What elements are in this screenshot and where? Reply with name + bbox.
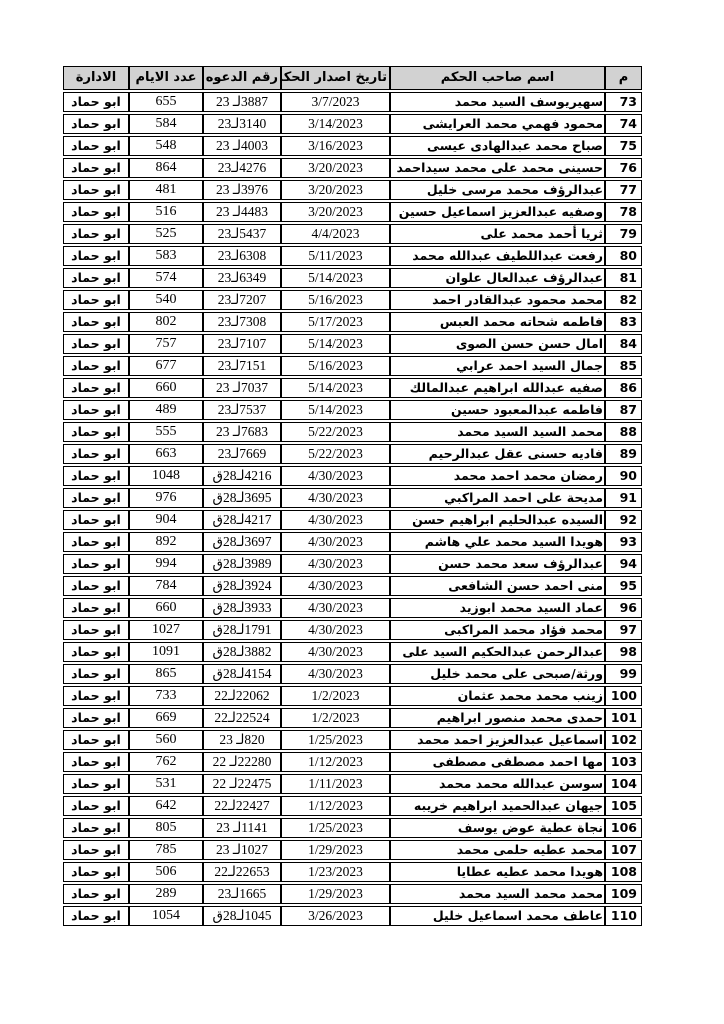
name-cell: عماد السيد محمد ابوزيد <box>390 598 605 618</box>
days-cell: 1027 <box>129 620 203 640</box>
date-cell: 1/2/2023 <box>281 686 390 706</box>
days-cell: 994 <box>129 554 203 574</box>
table-row: 100زينب محمد محمد عثمان1/2/202322062لـ22… <box>63 686 642 706</box>
date-cell: 1/29/2023 <box>281 884 390 904</box>
table-row: 74محمود فهمي محمد العرايشى3/14/20233140ل… <box>63 114 642 134</box>
admin-cell: ابو حماد <box>63 158 129 178</box>
index-cell: 75 <box>605 136 642 156</box>
days-cell: 802 <box>129 312 203 332</box>
days-cell: 642 <box>129 796 203 816</box>
date-cell: 4/30/2023 <box>281 642 390 662</box>
case-no-cell: 3695لـ28ق <box>203 488 281 508</box>
name-cell: مها احمد مصطفى مصطفى <box>390 752 605 772</box>
admin-cell: ابو حماد <box>63 92 129 112</box>
admin-cell: ابو حماد <box>63 202 129 222</box>
days-cell: 516 <box>129 202 203 222</box>
index-cell: 78 <box>605 202 642 222</box>
index-cell: 87 <box>605 400 642 420</box>
name-cell: نجاة عطية عوض يوسف <box>390 818 605 838</box>
days-cell: 540 <box>129 290 203 310</box>
name-cell: السيده عبدالحليم ابراهيم حسن <box>390 510 605 530</box>
index-cell: 77 <box>605 180 642 200</box>
days-cell: 677 <box>129 356 203 376</box>
date-cell: 1/12/2023 <box>281 752 390 772</box>
admin-cell: ابو حماد <box>63 180 129 200</box>
index-cell: 101 <box>605 708 642 728</box>
case-no-cell: 4003لـ 23 <box>203 136 281 156</box>
admin-cell: ابو حماد <box>63 708 129 728</box>
case-no-cell: 7037لـ 23 <box>203 378 281 398</box>
days-cell: 663 <box>129 444 203 464</box>
date-cell: 3/7/2023 <box>281 92 390 112</box>
table-row: 79ثريا أحمد محمد على4/4/20235437لـ23525ا… <box>63 224 642 244</box>
table-row: 94عبدالرؤف سعد محمد حسن4/30/20233989لـ28… <box>63 554 642 574</box>
index-cell: 93 <box>605 532 642 552</box>
admin-cell: ابو حماد <box>63 686 129 706</box>
index-cell: 108 <box>605 862 642 882</box>
case-no-cell: 1045لـ28ق <box>203 906 281 926</box>
table-row: 75صباح محمد عبدالهادى عيسى3/16/20234003ل… <box>63 136 642 156</box>
case-no-cell: 22280لـ 22 <box>203 752 281 772</box>
days-cell: 489 <box>129 400 203 420</box>
name-cell: هويدا السيد محمد علي هاشم <box>390 532 605 552</box>
table-row: 81عبدالرؤف عبدالعال علوان5/14/20236349لـ… <box>63 268 642 288</box>
date-cell: 4/30/2023 <box>281 576 390 596</box>
name-cell: رمضان محمد احمد محمد <box>390 466 605 486</box>
name-cell: محمد محمود عبدالقادر احمد <box>390 290 605 310</box>
table-row: 84امال حسن حسن الصوى5/14/20237107لـ23757… <box>63 334 642 354</box>
date-cell: 4/30/2023 <box>281 466 390 486</box>
admin-cell: ابو حماد <box>63 884 129 904</box>
name-cell: صباح محمد عبدالهادى عيسى <box>390 136 605 156</box>
days-cell: 660 <box>129 378 203 398</box>
index-cell: 100 <box>605 686 642 706</box>
date-cell: 4/4/2023 <box>281 224 390 244</box>
date-cell: 1/11/2023 <box>281 774 390 794</box>
days-cell: 660 <box>129 598 203 618</box>
name-cell: مديحة على احمد المراكبي <box>390 488 605 508</box>
table-row: 96عماد السيد محمد ابوزيد4/30/20233933لـ2… <box>63 598 642 618</box>
table-row: 76حسينى محمد على محمد سيداحمد3/20/202342… <box>63 158 642 178</box>
case-no-cell: 3976لـ 23 <box>203 180 281 200</box>
case-no-cell: 4216لـ28ق <box>203 466 281 486</box>
date-cell: 3/14/2023 <box>281 114 390 134</box>
date-cell: 1/29/2023 <box>281 840 390 860</box>
name-cell: فاطمه شحاته محمد العبس <box>390 312 605 332</box>
admin-cell: ابو حماد <box>63 554 129 574</box>
index-cell: 84 <box>605 334 642 354</box>
case-no-cell: 7683لـ 23 <box>203 422 281 442</box>
admin-cell: ابو حماد <box>63 752 129 772</box>
index-cell: 79 <box>605 224 642 244</box>
index-cell: 89 <box>605 444 642 464</box>
days-cell: 669 <box>129 708 203 728</box>
table-row: 95منى احمد حسن الشافعى4/30/20233924لـ28ق… <box>63 576 642 596</box>
name-cell: جمال السيد احمد عرابي <box>390 356 605 376</box>
name-cell: زينب محمد محمد عثمان <box>390 686 605 706</box>
case-no-cell: 1141لـ 23 <box>203 818 281 838</box>
days-cell: 506 <box>129 862 203 882</box>
name-cell: محمود فهمي محمد العرايشى <box>390 114 605 134</box>
index-cell: 92 <box>605 510 642 530</box>
case-no-cell: 3933لـ28ق <box>203 598 281 618</box>
days-cell: 892 <box>129 532 203 552</box>
table-row: 101حمدى محمد منصور ابراهيم1/2/202322524ل… <box>63 708 642 728</box>
days-cell: 531 <box>129 774 203 794</box>
date-cell: 1/25/2023 <box>281 818 390 838</box>
date-cell: 4/30/2023 <box>281 510 390 530</box>
name-cell: رفعت عبداللطيف عبدالله محمد <box>390 246 605 266</box>
table-row: 106نجاة عطية عوض يوسف1/25/20231141لـ 238… <box>63 818 642 838</box>
days-cell: 784 <box>129 576 203 596</box>
date-cell: 4/30/2023 <box>281 620 390 640</box>
days-cell: 525 <box>129 224 203 244</box>
index-cell: 85 <box>605 356 642 376</box>
index-cell: 83 <box>605 312 642 332</box>
case-no-cell: 22653لـ22 <box>203 862 281 882</box>
case-no-cell: 7537لـ23 <box>203 400 281 420</box>
admin-cell: ابو حماد <box>63 290 129 310</box>
name-cell: محمد السيد السيد محمد <box>390 422 605 442</box>
days-cell: 584 <box>129 114 203 134</box>
index-cell: 104 <box>605 774 642 794</box>
name-cell: وصفيه عبدالعزيز اسماعيل حسين <box>390 202 605 222</box>
table-row: 93هويدا السيد محمد علي هاشم4/30/20233697… <box>63 532 642 552</box>
case-no-cell: 4154لـ28ق <box>203 664 281 684</box>
name-cell: محمد محمد السيد محمد <box>390 884 605 904</box>
date-cell: 4/30/2023 <box>281 554 390 574</box>
index-cell: 81 <box>605 268 642 288</box>
date-cell: 5/14/2023 <box>281 378 390 398</box>
index-cell: 102 <box>605 730 642 750</box>
date-cell: 5/22/2023 <box>281 444 390 464</box>
case-no-cell: 4276لـ23 <box>203 158 281 178</box>
admin-cell: ابو حماد <box>63 422 129 442</box>
days-cell: 785 <box>129 840 203 860</box>
admin-cell: ابو حماد <box>63 774 129 794</box>
admin-cell: ابو حماد <box>63 664 129 684</box>
table-row: 87فاطمه عبدالمعبود حسين5/14/20237537لـ23… <box>63 400 642 420</box>
table-row: 88محمد السيد السيد محمد5/22/20237683لـ 2… <box>63 422 642 442</box>
case-no-cell: 3924لـ28ق <box>203 576 281 596</box>
index-cell: 82 <box>605 290 642 310</box>
table-row: 98عبدالرحمن عبدالحكيم السيد على4/30/2023… <box>63 642 642 662</box>
case-no-cell: 4217لـ28ق <box>203 510 281 530</box>
name-cell: اسماعيل عبدالعزيز احمد محمد <box>390 730 605 750</box>
case-no-cell: 7669لـ23 <box>203 444 281 464</box>
table-row: 73سهيريوسف السيد محمد3/7/20233887لـ 2365… <box>63 92 642 112</box>
header-name: اسم صاحب الحكم <box>390 66 605 90</box>
index-cell: 107 <box>605 840 642 860</box>
date-cell: 5/14/2023 <box>281 334 390 354</box>
document-page: م اسم صاحب الحكم تاريخ اصدار الحكم رقم ا… <box>63 64 642 928</box>
index-cell: 98 <box>605 642 642 662</box>
index-cell: 109 <box>605 884 642 904</box>
date-cell: 1/25/2023 <box>281 730 390 750</box>
case-no-cell: 7107لـ23 <box>203 334 281 354</box>
table-row: 80رفعت عبداللطيف عبدالله محمد5/11/202363… <box>63 246 642 266</box>
days-cell: 481 <box>129 180 203 200</box>
days-cell: 655 <box>129 92 203 112</box>
admin-cell: ابو حماد <box>63 268 129 288</box>
table-row: 107محمد عطيه حلمى محمد1/29/20231027لـ 23… <box>63 840 642 860</box>
name-cell: سهيريوسف السيد محمد <box>390 92 605 112</box>
admin-cell: ابو حماد <box>63 642 129 662</box>
case-no-cell: 7151لـ23 <box>203 356 281 376</box>
table-body: 73سهيريوسف السيد محمد3/7/20233887لـ 2365… <box>63 92 642 926</box>
index-cell: 96 <box>605 598 642 618</box>
date-cell: 5/17/2023 <box>281 312 390 332</box>
table-row: 77عبدالرؤف محمد مرسى خليل3/20/20233976لـ… <box>63 180 642 200</box>
days-cell: 757 <box>129 334 203 354</box>
case-no-cell: 22062لـ22 <box>203 686 281 706</box>
days-cell: 548 <box>129 136 203 156</box>
admin-cell: ابو حماد <box>63 620 129 640</box>
name-cell: ثريا أحمد محمد على <box>390 224 605 244</box>
admin-cell: ابو حماد <box>63 862 129 882</box>
case-no-cell: 3882لـ28ق <box>203 642 281 662</box>
name-cell: عاطف محمد اسماعيل خليل <box>390 906 605 926</box>
table-row: 97محمد فؤاد محمد المراكبى4/30/20231791لـ… <box>63 620 642 640</box>
date-cell: 1/12/2023 <box>281 796 390 816</box>
name-cell: صفيه عبدالله ابراهيم عبدالمالك <box>390 378 605 398</box>
case-no-cell: 3140لـ23 <box>203 114 281 134</box>
case-no-cell: 22475لـ 22 <box>203 774 281 794</box>
days-cell: 805 <box>129 818 203 838</box>
date-cell: 5/14/2023 <box>281 400 390 420</box>
table-row: 110عاطف محمد اسماعيل خليل3/26/20231045لـ… <box>63 906 642 926</box>
judgments-table: م اسم صاحب الحكم تاريخ اصدار الحكم رقم ا… <box>63 64 642 928</box>
name-cell: جيهان عبدالحميد ابراهيم خريبه <box>390 796 605 816</box>
days-cell: 1048 <box>129 466 203 486</box>
admin-cell: ابو حماد <box>63 598 129 618</box>
date-cell: 5/22/2023 <box>281 422 390 442</box>
table-row: 82محمد محمود عبدالقادر احمد5/16/20237207… <box>63 290 642 310</box>
date-cell: 5/11/2023 <box>281 246 390 266</box>
index-cell: 105 <box>605 796 642 816</box>
admin-cell: ابو حماد <box>63 730 129 750</box>
days-cell: 762 <box>129 752 203 772</box>
name-cell: ورثة/صبحى على محمد خليل <box>390 664 605 684</box>
header-date: تاريخ اصدار الحكم <box>281 66 390 90</box>
date-cell: 3/20/2023 <box>281 180 390 200</box>
table-row: 105جيهان عبدالحميد ابراهيم خريبه1/12/202… <box>63 796 642 816</box>
admin-cell: ابو حماد <box>63 378 129 398</box>
admin-cell: ابو حماد <box>63 312 129 332</box>
date-cell: 4/30/2023 <box>281 488 390 508</box>
table-row: 108هويدا محمد عطيه عطايا1/23/202322653لـ… <box>63 862 642 882</box>
name-cell: امال حسن حسن الصوى <box>390 334 605 354</box>
admin-cell: ابو حماد <box>63 136 129 156</box>
header-case-no: رقم الدعوه <box>203 66 281 90</box>
case-no-cell: 22524لـ22 <box>203 708 281 728</box>
days-cell: 733 <box>129 686 203 706</box>
name-cell: حسينى محمد على محمد سيداحمد <box>390 158 605 178</box>
date-cell: 3/16/2023 <box>281 136 390 156</box>
index-cell: 99 <box>605 664 642 684</box>
days-cell: 560 <box>129 730 203 750</box>
case-no-cell: 1027لـ 23 <box>203 840 281 860</box>
date-cell: 1/23/2023 <box>281 862 390 882</box>
index-cell: 106 <box>605 818 642 838</box>
index-cell: 73 <box>605 92 642 112</box>
days-cell: 864 <box>129 158 203 178</box>
case-no-cell: 22427لـ22 <box>203 796 281 816</box>
case-no-cell: 6308لـ23 <box>203 246 281 266</box>
index-cell: 110 <box>605 906 642 926</box>
table-row: 86صفيه عبدالله ابراهيم عبدالمالك5/14/202… <box>63 378 642 398</box>
table-row: 90رمضان محمد احمد محمد4/30/20234216لـ28ق… <box>63 466 642 486</box>
admin-cell: ابو حماد <box>63 532 129 552</box>
table-row: 99ورثة/صبحى على محمد خليل4/30/20234154لـ… <box>63 664 642 684</box>
table-row: 89فاديه حسنى عقل عبدالرحيم5/22/20237669ل… <box>63 444 642 464</box>
header-admin: الادارة <box>63 66 129 90</box>
index-cell: 94 <box>605 554 642 574</box>
date-cell: 3/20/2023 <box>281 202 390 222</box>
days-cell: 555 <box>129 422 203 442</box>
name-cell: فاديه حسنى عقل عبدالرحيم <box>390 444 605 464</box>
index-cell: 91 <box>605 488 642 508</box>
days-cell: 583 <box>129 246 203 266</box>
case-no-cell: 1791لـ28ق <box>203 620 281 640</box>
days-cell: 865 <box>129 664 203 684</box>
case-no-cell: 6349لـ23 <box>203 268 281 288</box>
date-cell: 5/16/2023 <box>281 356 390 376</box>
admin-cell: ابو حماد <box>63 576 129 596</box>
admin-cell: ابو حماد <box>63 444 129 464</box>
table-row: 109محمد محمد السيد محمد1/29/20231665لـ23… <box>63 884 642 904</box>
days-cell: 904 <box>129 510 203 530</box>
index-cell: 103 <box>605 752 642 772</box>
table-header: م اسم صاحب الحكم تاريخ اصدار الحكم رقم ا… <box>63 66 642 90</box>
table-row: 85جمال السيد احمد عرابي5/16/20237151لـ23… <box>63 356 642 376</box>
admin-cell: ابو حماد <box>63 356 129 376</box>
admin-cell: ابو حماد <box>63 400 129 420</box>
case-no-cell: 3697لـ28ق <box>203 532 281 552</box>
case-no-cell: 4483لـ 23 <box>203 202 281 222</box>
name-cell: عبدالرؤف عبدالعال علوان <box>390 268 605 288</box>
table-row: 83فاطمه شحاته محمد العبس5/17/20237308لـ2… <box>63 312 642 332</box>
date-cell: 3/26/2023 <box>281 906 390 926</box>
table-row: 103مها احمد مصطفى مصطفى1/12/202322280لـ … <box>63 752 642 772</box>
days-cell: 289 <box>129 884 203 904</box>
name-cell: سوسن عبدالله محمد محمد <box>390 774 605 794</box>
admin-cell: ابو حماد <box>63 906 129 926</box>
admin-cell: ابو حماد <box>63 840 129 860</box>
date-cell: 4/30/2023 <box>281 598 390 618</box>
admin-cell: ابو حماد <box>63 224 129 244</box>
table-row: 91مديحة على احمد المراكبي4/30/20233695لـ… <box>63 488 642 508</box>
name-cell: منى احمد حسن الشافعى <box>390 576 605 596</box>
admin-cell: ابو حماد <box>63 488 129 508</box>
date-cell: 5/16/2023 <box>281 290 390 310</box>
case-no-cell: 7308لـ23 <box>203 312 281 332</box>
index-cell: 90 <box>605 466 642 486</box>
table-row: 92السيده عبدالحليم ابراهيم حسن4/30/20234… <box>63 510 642 530</box>
name-cell: عبدالرؤف سعد محمد حسن <box>390 554 605 574</box>
index-cell: 86 <box>605 378 642 398</box>
admin-cell: ابو حماد <box>63 114 129 134</box>
name-cell: محمد عطيه حلمى محمد <box>390 840 605 860</box>
admin-cell: ابو حماد <box>63 246 129 266</box>
days-cell: 1091 <box>129 642 203 662</box>
date-cell: 3/20/2023 <box>281 158 390 178</box>
table-row: 78وصفيه عبدالعزيز اسماعيل حسين3/20/20234… <box>63 202 642 222</box>
name-cell: هويدا محمد عطيه عطايا <box>390 862 605 882</box>
case-no-cell: 1665لـ23 <box>203 884 281 904</box>
name-cell: عبدالرؤف محمد مرسى خليل <box>390 180 605 200</box>
admin-cell: ابو حماد <box>63 466 129 486</box>
index-cell: 88 <box>605 422 642 442</box>
days-cell: 976 <box>129 488 203 508</box>
admin-cell: ابو حماد <box>63 796 129 816</box>
table-row: 104سوسن عبدالله محمد محمد1/11/202322475ل… <box>63 774 642 794</box>
name-cell: محمد فؤاد محمد المراكبى <box>390 620 605 640</box>
date-cell: 4/30/2023 <box>281 664 390 684</box>
header-row: م اسم صاحب الحكم تاريخ اصدار الحكم رقم ا… <box>63 66 642 90</box>
name-cell: فاطمه عبدالمعبود حسين <box>390 400 605 420</box>
admin-cell: ابو حماد <box>63 510 129 530</box>
index-cell: 97 <box>605 620 642 640</box>
index-cell: 80 <box>605 246 642 266</box>
admin-cell: ابو حماد <box>63 818 129 838</box>
index-cell: 74 <box>605 114 642 134</box>
days-cell: 1054 <box>129 906 203 926</box>
name-cell: عبدالرحمن عبدالحكيم السيد على <box>390 642 605 662</box>
date-cell: 1/2/2023 <box>281 708 390 728</box>
header-days: عدد الايام <box>129 66 203 90</box>
header-index: م <box>605 66 642 90</box>
case-no-cell: 5437لـ23 <box>203 224 281 244</box>
case-no-cell: 3887لـ 23 <box>203 92 281 112</box>
case-no-cell: 7207لـ23 <box>203 290 281 310</box>
index-cell: 76 <box>605 158 642 178</box>
date-cell: 5/14/2023 <box>281 268 390 288</box>
date-cell: 4/30/2023 <box>281 532 390 552</box>
days-cell: 574 <box>129 268 203 288</box>
admin-cell: ابو حماد <box>63 334 129 354</box>
case-no-cell: 3989لـ28ق <box>203 554 281 574</box>
table-row: 102اسماعيل عبدالعزيز احمد محمد1/25/20238… <box>63 730 642 750</box>
index-cell: 95 <box>605 576 642 596</box>
name-cell: حمدى محمد منصور ابراهيم <box>390 708 605 728</box>
case-no-cell: 820لـ 23 <box>203 730 281 750</box>
